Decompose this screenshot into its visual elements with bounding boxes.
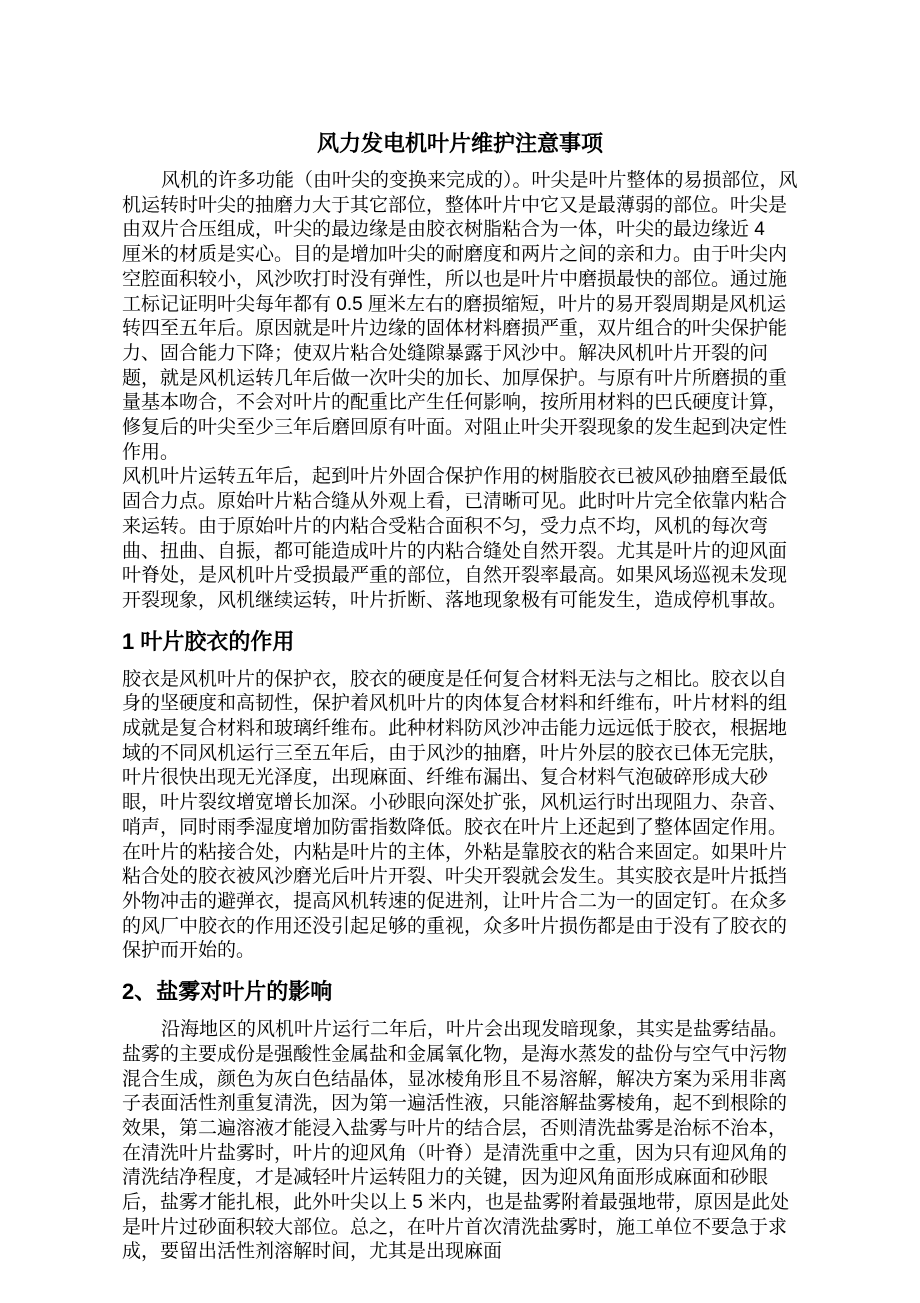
section-1-paragraph: 胶衣是风机叶片的保护衣，胶衣的硬度是任何复合材料无法与之相比。胶衣以自身的坚硬度… [122, 668, 798, 964]
section-2-heading: 2、盐雾对叶片的影响 [122, 979, 798, 1005]
document-page: 风力发电机叶片维护注意事项 风机的许多功能（由叶尖的变换来完成的）。叶尖是叶片整… [0, 0, 920, 1303]
document-title: 风力发电机叶片维护注意事项 [122, 131, 798, 157]
section-1-heading: 1 叶片胶衣的作用 [122, 629, 798, 655]
intro-paragraph-2: 厘米的材质是实心。目的是增加叶尖的耐磨度和两片之间的亲和力。由于叶尖内空腔面积较… [122, 243, 798, 465]
intro-paragraph-1: 风机的许多功能（由叶尖的变换来完成的）。叶尖是叶片整体的易损部位，风机运转时叶尖… [122, 169, 798, 243]
section-2-paragraph: 沿海地区的风机叶片运行二年后，叶片会出现发暗现象，其实是盐雾结晶。盐雾的主要成份… [122, 1018, 798, 1265]
intro-paragraph-3: 风机叶片运转五年后，起到叶片外固合保护作用的树脂胶衣已被风砂抽磨至最低固合力点。… [122, 465, 798, 613]
